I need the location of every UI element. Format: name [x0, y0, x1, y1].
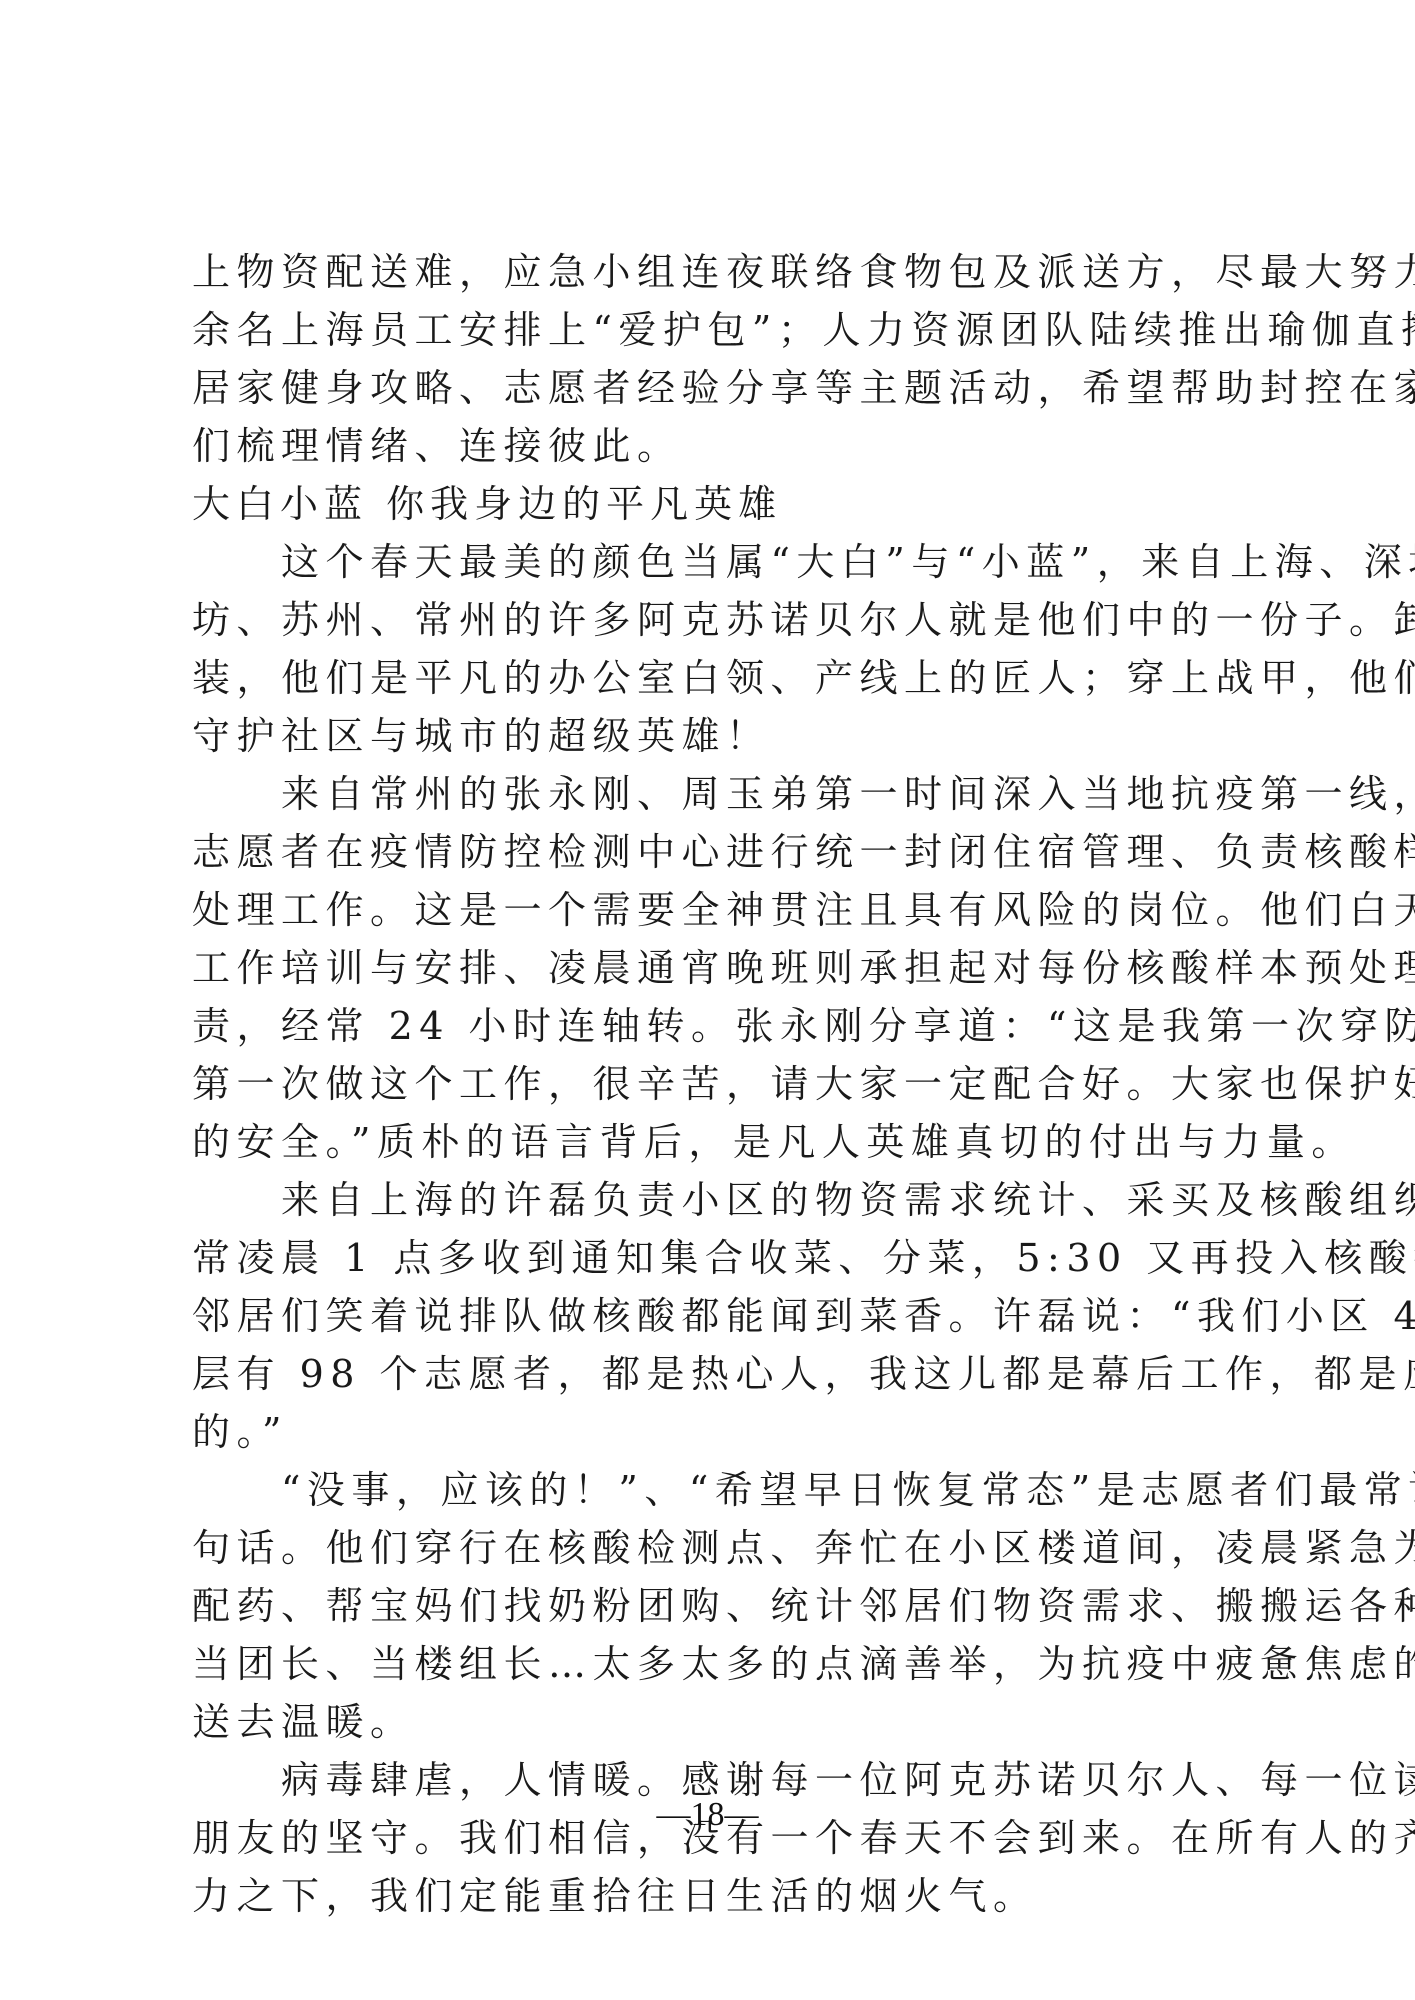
text-line: 邻居们笑着说排队做核酸都能闻到菜香。许磊说：“我们小区 4 栋高 [192, 1287, 1232, 1345]
text-line: 余名上海员工安排上“爱护包”；人力资源团队陆续推出瑜伽直播课、 [192, 301, 1232, 359]
text-line: 守护社区与城市的超级英雄！ [192, 707, 1232, 765]
text-line: “没事，应该的！”、“希望早日恢复常态”是志愿者们最常说的两 [192, 1461, 1232, 1519]
text-line: 来自上海的许磊负责小区的物资需求统计、采买及核酸组织，常 [192, 1171, 1232, 1229]
text-line: 当团长、当楼组长…太多太多的点滴善举，为抗疫中疲惫焦虑的人们 [192, 1635, 1232, 1693]
section-heading: 大白小蓝 你我身边的平凡英雄 [192, 475, 1232, 533]
text-line: 责，经常 24 小时连轴转。张永刚分享道：“这是我第一次穿防护服， [192, 997, 1232, 1055]
text-line: 坊、苏州、常州的许多阿克苏诺贝尔人就是他们中的一份子。卸下戎 [192, 591, 1232, 649]
text-line: 们梳理情绪、连接彼此。 [192, 417, 1232, 475]
text-line: 这个春天最美的颜色当属“大白”与“小蓝”，来自上海、深圳、廊 [192, 533, 1232, 591]
text-line: 志愿者在疫情防控检测中心进行统一封闭住宿管理、负责核酸样本预 [192, 823, 1232, 881]
text-line: 的。” [192, 1403, 1232, 1461]
page-number: —18— [0, 1795, 1415, 1835]
text-line: 来自常州的张永刚、周玉弟第一时间深入当地抗疫第一线，作为 [192, 765, 1232, 823]
text-line: 层有 98 个志愿者，都是热心人，我这儿都是幕后工作，都是应该做 [192, 1345, 1232, 1403]
text-line: 送去温暖。 [192, 1693, 1232, 1751]
text-line: 上物资配送难，应急小组连夜联络食物包及派送方，尽最大努力为千 [192, 243, 1232, 301]
text-line: 常凌晨 1 点多收到通知集合收菜、分菜，5:30 又再投入核酸组织工作。 [192, 1229, 1232, 1287]
text-line: 句话。他们穿行在核酸检测点、奔忙在小区楼道间，凌晨紧急为老人 [192, 1519, 1232, 1577]
text-line: 第一次做这个工作，很辛苦，请大家一定配合好。大家也保护好自己 [192, 1055, 1232, 1113]
article-body: 上物资配送难，应急小组连夜联络食物包及派送方，尽最大努力为千 余名上海员工安排上… [192, 243, 1232, 1925]
document-page: 上物资配送难，应急小组连夜联络食物包及派送方，尽最大努力为千 余名上海员工安排上… [0, 0, 1415, 2000]
text-line: 处理工作。这是一个需要全神贯注且具有风险的岗位。他们白天进行 [192, 881, 1232, 939]
text-line: 工作培训与安排、凌晨通宵晚班则承担起对每份核酸样本预处理的重 [192, 939, 1232, 997]
text-line: 的安全。”质朴的语言背后，是凡人英雄真切的付出与力量。 [192, 1113, 1232, 1171]
text-line: 配药、帮宝妈们找奶粉团购、统计邻居们物资需求、搬搬运各种物资、 [192, 1577, 1232, 1635]
text-line: 装，他们是平凡的办公室白领、产线上的匠人；穿上战甲，他们就是 [192, 649, 1232, 707]
text-line: 居家健身攻略、志愿者经验分享等主题活动，希望帮助封控在家同事 [192, 359, 1232, 417]
text-line: 力之下，我们定能重拾往日生活的烟火气。 [192, 1867, 1232, 1925]
